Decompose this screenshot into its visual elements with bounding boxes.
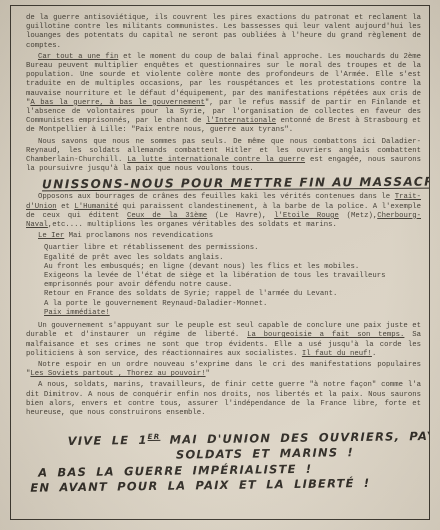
text-segment: L'Humanité xyxy=(74,203,118,211)
text-segment: La lutte internationale contre la guerre xyxy=(127,156,305,164)
text-segment: (Le Havre), xyxy=(207,212,274,220)
list-item: Retour en France des soldats de Syrie; r… xyxy=(44,290,421,299)
text-segment: Exigeons la levée de l'état de siège et … xyxy=(44,272,386,289)
list-item: Exigeons la levée de l'état de siège et … xyxy=(44,272,421,290)
text-segment: l'Internationale xyxy=(206,117,276,125)
tract-page: de la guerre antisoviétique, ils couvren… xyxy=(0,0,440,530)
paragraph: Le Ier Mai proclamons nos revendications xyxy=(26,232,421,241)
text-segment: de la guerre antisoviétique, ils couvren… xyxy=(26,14,421,50)
text-segment: Retour en France des soldats de Syrie; r… xyxy=(44,290,337,298)
text-segment: Mai proclamons nos revendications xyxy=(64,232,213,240)
text-segment: Opposons aux bourrages de crânes des feu… xyxy=(38,193,395,201)
paragraph: de la guerre antisoviétique, ils couvren… xyxy=(26,14,421,51)
text-segment: Egalité de prêt avec les soldats anglais… xyxy=(44,254,224,262)
paragraph: Un gouvernement s'appuyant sur le peuple… xyxy=(26,322,421,359)
text-segment: EN AVANT POUR LA PAIX ET LA LIBERTÉ ! xyxy=(30,476,370,495)
list-item: A la porte le gouvernement Reynaud-Dalad… xyxy=(44,300,421,309)
text-segment: Quartier libre et rétablissement des per… xyxy=(44,244,259,252)
list-item: Au front les embusqués; en ligne (devant… xyxy=(44,263,421,272)
text-segment: . xyxy=(372,350,376,358)
text-segment: Les Soviets partout , Thorez au pouvoir! xyxy=(30,370,205,378)
page-frame: de la guerre antisoviétique, ils couvren… xyxy=(10,5,430,520)
text-segment: l'Etoile Rouge xyxy=(274,212,339,220)
text-segment: A bas la guerre, à bas le gouvernement xyxy=(30,99,204,107)
paragraph: Car tout a une fin et le moment du coup … xyxy=(26,53,421,136)
demands-list: Quartier libre et rétablissement des per… xyxy=(44,244,421,318)
text-segment: (Metz), xyxy=(339,212,377,220)
list-item: Egalité de prêt avec les soldats anglais… xyxy=(44,254,421,263)
text-segment: et xyxy=(57,203,75,211)
text-segment: SOLDATS ET MARINS ! xyxy=(176,446,354,462)
text-segment: A la porte le gouvernement Reynaud-Dalad… xyxy=(44,300,267,308)
list-item: Paix immédiate! xyxy=(44,309,421,318)
text-segment: A nous, soldats, marins, travailleurs, d… xyxy=(26,381,421,417)
paragraph: Notre espoir en un ordre nouveau s'expri… xyxy=(26,361,421,379)
text-segment: ,etc.... multiplions les organes véritab… xyxy=(48,221,337,229)
headline: UNISSONS-NOUS POUR METTRE FIN AU MASSACR… xyxy=(42,175,421,192)
text-segment: Paix immédiate! xyxy=(44,309,110,317)
superscript-segment: ER xyxy=(148,432,161,441)
slogans: VIVE LE 1ER MAI D'UNION DES OUVRIERS, PA… xyxy=(26,425,422,496)
text-segment: Il faut du neuf! xyxy=(302,350,372,358)
text-segment: Ceux de la 31ème xyxy=(127,212,207,220)
text-segment: Car tout a une fin xyxy=(38,53,118,61)
text-segment: VIVE LE 1 xyxy=(68,433,148,448)
document-body: de la guerre antisoviétique, ils couvren… xyxy=(26,14,421,494)
text-segment: Le Ier xyxy=(38,232,64,240)
paragraph: A nous, soldats, marins, travailleurs, d… xyxy=(26,381,421,418)
paragraph: Nous savons que nous ne sommes pas seuls… xyxy=(26,138,421,175)
paragraph: Opposons aux bourrages de crânes des feu… xyxy=(26,193,421,230)
text-segment: MAI D'UNION DES OUVRIERS, PAYSANS, xyxy=(160,428,430,446)
text-segment: Au front les embusqués; en ligne (devant… xyxy=(44,263,359,271)
text-segment: " xyxy=(206,370,210,378)
text-segment: La bourgeoisie a fait son temps. xyxy=(247,331,404,339)
list-item: Quartier libre et rétablissement des per… xyxy=(44,244,421,253)
